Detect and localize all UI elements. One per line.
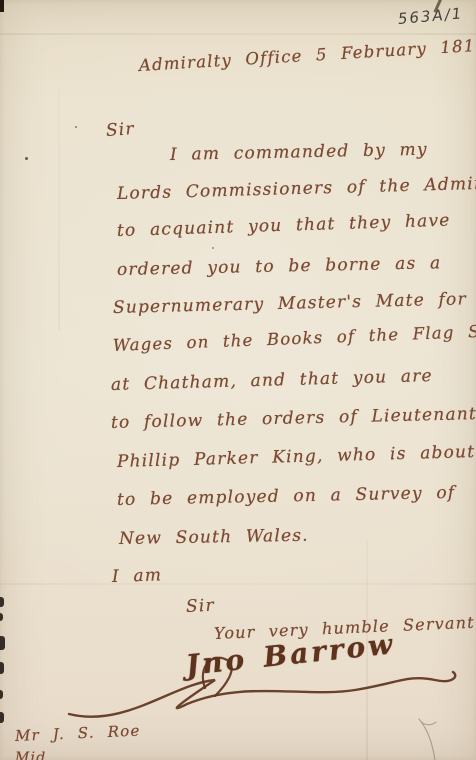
ink-speck: [212, 247, 214, 249]
letter-line: to follow the orders of Lieutenant: [111, 406, 476, 432]
edge-mark: [0, 662, 4, 674]
archive-reference: 563A/1: [397, 4, 464, 28]
letter-page: 563A/1 Admiralty Office 5 February 1817 …: [0, 0, 476, 760]
fold-line: [58, 90, 60, 330]
corner-mark: [0, 0, 4, 12]
ink-speck: [75, 126, 77, 128]
letter-line: to acquaint you that they have: [117, 213, 451, 240]
edge-mark: [0, 597, 4, 607]
letter-line: Lords Commissioners of the Admiralty: [117, 175, 476, 203]
edge-mark: [0, 636, 5, 650]
letter-line: Wages on the Books of the Flag Ship: [113, 323, 476, 355]
letter-line: to be employed on a Survey of: [117, 485, 456, 509]
closing-sir: Sir: [186, 598, 216, 616]
letter-line: ordered you to be borne as a: [117, 255, 442, 279]
letter-line: at Chatham, and that you are: [111, 368, 433, 394]
letter-line: New South Wales.: [119, 528, 309, 548]
edge-mark: [0, 690, 3, 699]
addressee: Mr J. S. Roe: [15, 724, 141, 744]
letter-line: Supernumerary Master's Mate for: [113, 291, 467, 317]
closing-i-am: I am: [112, 567, 163, 586]
fold-line: [0, 583, 476, 585]
letter-line: I am commanded by my: [170, 142, 428, 164]
addressee-note: Mid: [15, 751, 46, 760]
ink-speck: [25, 157, 28, 160]
edge-mark: [0, 712, 4, 723]
pencil-scratch: [405, 700, 455, 760]
dateline: Admiralty Office 5 February 1817: [139, 37, 476, 74]
letter-line: Phillip Parker King, who is about: [117, 444, 476, 471]
salutation: Sir: [105, 121, 135, 140]
fold-line: [0, 33, 476, 35]
edge-mark: [0, 613, 3, 621]
